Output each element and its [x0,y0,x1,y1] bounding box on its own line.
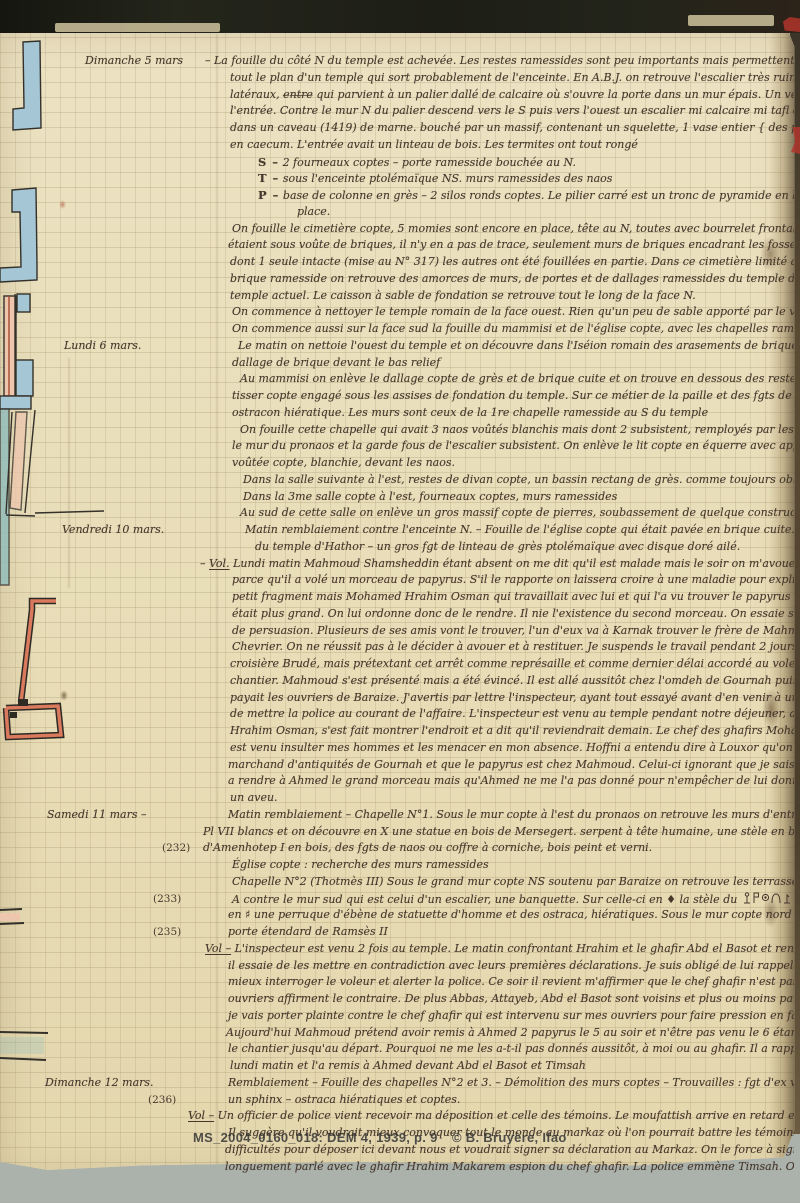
manuscript-line-text: voûtée copte, blanchie, devant les naos. [232,455,455,471]
manuscript-line-text: On fouille le cimetière copte, 5 momies … [232,221,794,237]
manuscript-line: (235)porte étendard de Ramsès II [0,924,794,942]
manuscript-line: le chantier jusqu'au départ. Pourquoi ne… [0,1041,794,1059]
manuscript-line: Vol – L'inspecteur est venu 2 fois au te… [0,941,794,959]
manuscript-line-text: en ♯ une perruque d'ébène de statuette d… [228,907,794,923]
manuscript-line: longuement parlé avec le ghafir Hrahim M… [0,1159,794,1177]
manuscript-line: – Vol. Lundi matin Mahmoud Shamsheddin é… [0,556,794,574]
manuscript-line-text: en caecum. L'entrée avait un linteau de … [230,137,638,153]
manuscript-line-text: Au mammisi on enlève le dallage copte de… [240,371,794,387]
manuscript-line-text: Matin remblaiement – Chapelle N°1. Sous … [228,807,794,823]
manuscript-line-text: Aujourd'hui Mahmoud prétend avoir remis … [226,1025,794,1041]
manuscript-line-text: latéraux, e̶n̶t̶r̶e̶ qui parvient à un p… [230,87,794,103]
manuscript-line: Vol – Un officier de police vient recevo… [0,1108,794,1126]
manuscript-line: ostracon hiératique. Les murs sont ceux … [0,405,794,423]
manuscript-line: On commence à nettoyer le temple romain … [0,304,794,322]
manuscript-line-text: de persuasion. Plusieurs de ses amis von… [232,623,794,639]
manuscript-line: petit fragment mais Mohamed Hrahim Osman… [0,589,794,607]
manuscript-line-text: place. [297,204,330,220]
manuscript-line: Chapelle N°2 (Thotmès III) Sous le grand… [0,874,794,892]
manuscript-line-text: du temple d'Hathor – un gros fgt de lint… [255,539,740,555]
manuscript-line-text: Hrahim Osman, s'est fait montrer l'endro… [230,723,794,739]
manuscript-line-text: – Vol. Lundi matin Mahmoud Shamsheddin é… [200,556,794,572]
manuscript-line-text: brique ramesside on retrouve des amorces… [230,271,794,287]
hieroglyphs-inline [743,891,794,905]
margin-number: (235) [153,924,181,940]
manuscript-line-text: longuement parlé avec le ghafir Hrahim M… [225,1159,794,1175]
manuscript-line: P – base de colonne en grès – 2 silos ro… [0,187,794,205]
manuscript-line-text: – La fouille du côté N du temple est ach… [205,53,794,69]
page-stack-sliver [55,23,220,32]
manuscript-line-text: Pl VII blancs et on découvre en X une st… [203,824,794,840]
manuscript-line: est venu insulter mes hommes et les mena… [0,740,794,758]
entry-date: Lundi 6 mars. [64,338,141,354]
manuscript-line-text: Au sud de cette salle on enlève un gros … [240,505,794,521]
manuscript-line: était plus grand. On lui ordonne donc de… [0,606,794,624]
manuscript-line-text: était plus grand. On lui ordonne donc de… [232,606,794,622]
manuscript-line: On fouille le cimetière copte, 5 momies … [0,221,794,239]
manuscript-line: voûtée copte, blanchie, devant les naos. [0,455,794,473]
watermark-credit: © B. Bruyère, Ifao [452,1130,567,1145]
manuscript-line-text: tisser copte engagé sous les assises de … [232,388,794,404]
manuscript-line: étaient sous voûte de briques, il n'y en… [0,237,794,255]
entry-date: Vendredi 10 mars. [62,522,164,538]
manuscript-line: Dimanche 12 mars.Remblaiement – Fouille … [0,1075,794,1093]
manuscript-line-text: Dans la salle suivante à l'est, restes d… [243,472,794,488]
manuscript-line: Vendredi 10 mars.Matin remblaiement cont… [0,522,794,540]
manuscript-line: marchand d'antiquités de Gournah et que … [0,757,794,775]
manuscript-line-text: Dans la 3me salle copte à l'est, fournea… [243,489,617,505]
manuscript-line-text: porte étendard de Ramsès II [228,924,388,940]
margin-number: (232) [162,840,190,856]
manuscript-line-text: chantier. Mahmoud s'est présenté mais a … [230,673,794,689]
scanned-journal-page: Dimanche 5 mars– La fouille du côté N du… [0,0,800,1203]
manuscript-line-text: mieux interroger le voleur et alerter la… [228,974,794,990]
manuscript-line-text: Chapelle N°2 (Thotmès III) Sous le grand… [232,874,794,890]
margin-number: (233) [153,891,181,907]
manuscript-line: en caecum. L'entrée avait un linteau de … [0,137,794,155]
manuscript-line: mieux interroger le voleur et alerter la… [0,974,794,992]
manuscript-line: (232)d'Amenhotep I en bois, des fgts de … [0,840,794,858]
manuscript-line-text: est venu insulter mes hommes et les mena… [230,740,794,756]
manuscript-line: un aveu. [0,790,794,808]
manuscript-line: brique ramesside on retrouve des amorces… [0,271,794,289]
manuscript-line: payait les ouvriers de Baraize. J'averti… [0,690,794,708]
manuscript-line-text: lundi matin et l'a remis à Ahmed devant … [230,1058,586,1074]
manuscript-line: S – 2 fourneaux coptes – porte ramesside… [0,154,794,172]
manuscript-line-text: Vol – Un officier de police vient recevo… [188,1108,794,1124]
manuscript-line: Aujourd'hui Mahmoud prétend avoir remis … [0,1025,794,1043]
manuscript-line-text: payait les ouvriers de Baraize. J'averti… [230,690,794,706]
manuscript-line-text: marchand d'antiquités de Gournah et que … [228,757,794,773]
manuscript-line: (236)un sphinx – ostraca hiératiques et … [0,1092,794,1110]
manuscript-line-text: il essaie de les mettre en contradiction… [228,958,794,974]
manuscript-line: dans un caveau (1419) de marne. bouché p… [0,120,794,138]
entry-date: Samedi 11 mars – [47,807,146,823]
manuscript-line-text: tout le plan d'un temple qui sort probab… [230,70,794,86]
manuscript-line-text: dans un caveau (1419) de marne. bouché p… [230,120,794,136]
manuscript-line: tout le plan d'un temple qui sort probab… [0,70,794,88]
manuscript-line-text: Le matin on nettoie l'ouest du temple et… [238,338,794,354]
manuscript-line: T – sous l'enceinte ptolémaïque NS. murs… [0,170,794,188]
manuscript-line: ouvriers affirment le contraire. De plus… [0,991,794,1009]
manuscript-line-text: Église copte : recherche des murs ramess… [232,857,489,873]
manuscript-line: place. [0,204,794,222]
manuscript-line: je vais porter plainte contre le chef gh… [0,1008,794,1026]
manuscript-text-layer: Dimanche 5 mars– La fouille du côté N du… [0,0,800,1203]
manuscript-line: parce qu'il a volé un morceau de papyrus… [0,572,794,590]
manuscript-line-text: On commence aussi sur la face sud la fou… [232,321,794,337]
manuscript-line-text: ouvriers affirment le contraire. De plus… [228,991,794,1007]
manuscript-line: Dans la 3me salle copte à l'est, fournea… [0,489,794,507]
manuscript-line: Samedi 11 mars –Matin remblaiement – Cha… [0,807,794,825]
entry-date: Dimanche 5 mars [85,53,183,69]
manuscript-line: Au sud de cette salle on enlève un gros … [0,505,794,523]
manuscript-line-text: ostracon hiératique. Les murs sont ceux … [232,405,708,421]
manuscript-line: croisière Brudé, mais prétextant cet arr… [0,656,794,674]
manuscript-line: Dimanche 5 mars– La fouille du côté N du… [0,53,794,71]
manuscript-line-text: Vol – L'inspecteur est venu 2 fois au te… [205,941,794,957]
manuscript-line-text: croisière Brudé, mais prétextant cet arr… [230,656,794,672]
manuscript-line: a rendre à Ahmed le grand morceau mais q… [0,773,794,791]
manuscript-line: Hrahim Osman, s'est fait montrer l'endro… [0,723,794,741]
watermark-id: MS_2004_0160_018: DEM 4, 1939, p. 9 [193,1130,438,1145]
manuscript-line: de persuasion. Plusieurs de ses amis von… [0,623,794,641]
manuscript-line: l'entrée. Contre le mur N du palier desc… [0,103,794,121]
manuscript-line: lundi matin et l'a remis à Ahmed devant … [0,1058,794,1076]
manuscript-line: dallage de brique devant le bas relief [0,355,794,373]
manuscript-line-text: parce qu'il a volé un morceau de papyrus… [232,572,794,588]
manuscript-line: On commence aussi sur la face sud la fou… [0,321,794,339]
page-stack-sliver [688,15,774,26]
manuscript-line: Lundi 6 mars.Le matin on nettoie l'ouest… [0,338,794,356]
manuscript-line: du temple d'Hathor – un gros fgt de lint… [0,539,794,557]
manuscript-line-text: Remblaiement – Fouille des chapelles N°2… [228,1075,794,1091]
manuscript-line-text: temple actuel. Le caisson à sable de fon… [230,288,696,304]
manuscript-line-text: On commence à nettoyer le temple romain … [232,304,794,320]
manuscript-line: Dans la salle suivante à l'est, restes d… [0,472,794,490]
manuscript-line: chantier. Mahmoud s'est présenté mais a … [0,673,794,691]
manuscript-line: il essaie de les mettre en contradiction… [0,958,794,976]
manuscript-line: On fouille cette chapelle qui avait 3 na… [0,422,794,440]
manuscript-line: Église copte : recherche des murs ramess… [0,857,794,875]
manuscript-line-text: d'Amenhotep I en bois, des fgts de naos … [203,840,652,856]
manuscript-line: temple actuel. Le caisson à sable de fon… [0,288,794,306]
manuscript-line-text: le mur du pronaos et la garde fous de l'… [232,438,794,454]
manuscript-line-text: petit fragment mais Mohamed Hrahim Osman… [232,589,794,605]
manuscript-line-text: Chevrier. On ne réussit pas à le décider… [232,639,794,655]
manuscript-line: (233)A contre le mur sud qui est celui d… [0,891,794,909]
manuscript-line: le mur du pronaos et la garde fous de l'… [0,438,794,456]
manuscript-line: dont 1 seule intacte (mise au N° 317) le… [0,254,794,272]
manuscript-line-text: dallage de brique devant le bas relief [232,355,440,371]
manuscript-line: en ♯ une perruque d'ébène de statuette d… [0,907,794,925]
manuscript-line-text: Matin remblaiement contre l'enceinte N. … [245,522,794,538]
manuscript-line-text: On fouille cette chapelle qui avait 3 na… [240,422,794,438]
manuscript-line-text: étaient sous voûte de briques, il n'y en… [228,237,794,253]
manuscript-line-text: le chantier jusqu'au départ. Pourquoi ne… [228,1041,794,1057]
manuscript-line-text: un aveu. [230,790,278,806]
manuscript-line: tisser copte engagé sous les assises de … [0,388,794,406]
manuscript-line-text: dont 1 seule intacte (mise au N° 317) le… [230,254,794,270]
manuscript-line-text: a rendre à Ahmed le grand morceau mais q… [228,773,794,789]
entry-date: Dimanche 12 mars. [45,1075,154,1091]
manuscript-line: Chevrier. On ne réussit pas à le décider… [0,639,794,657]
manuscript-line: latéraux, e̶n̶t̶r̶e̶ qui parvient à un p… [0,87,794,105]
manuscript-line-text: S – 2 fourneaux coptes – porte ramesside… [258,154,576,171]
manuscript-line-text: l'entrée. Contre le mur N du palier desc… [230,103,794,119]
manuscript-line-text: je vais porter plainte contre le chef gh… [228,1008,794,1024]
manuscript-line: Pl VII blancs et on découvre en X une st… [0,824,794,842]
manuscript-line-text: A contre le mur sud qui est celui d'un e… [232,891,794,908]
manuscript-line: de mettre la police au courant de l'affa… [0,706,794,724]
manuscript-line-text: T – sous l'enceinte ptolémaïque NS. murs… [258,170,612,187]
manuscript-line-text: un sphinx – ostraca hiératiques et copte… [228,1092,460,1108]
manuscript-line-text: P – base de colonne en grès – 2 silos ro… [258,187,794,204]
manuscript-line: Au mammisi on enlève le dallage copte de… [0,371,794,389]
margin-number: (236) [148,1092,176,1108]
manuscript-line-text: de mettre la police au courant de l'affa… [230,706,794,722]
